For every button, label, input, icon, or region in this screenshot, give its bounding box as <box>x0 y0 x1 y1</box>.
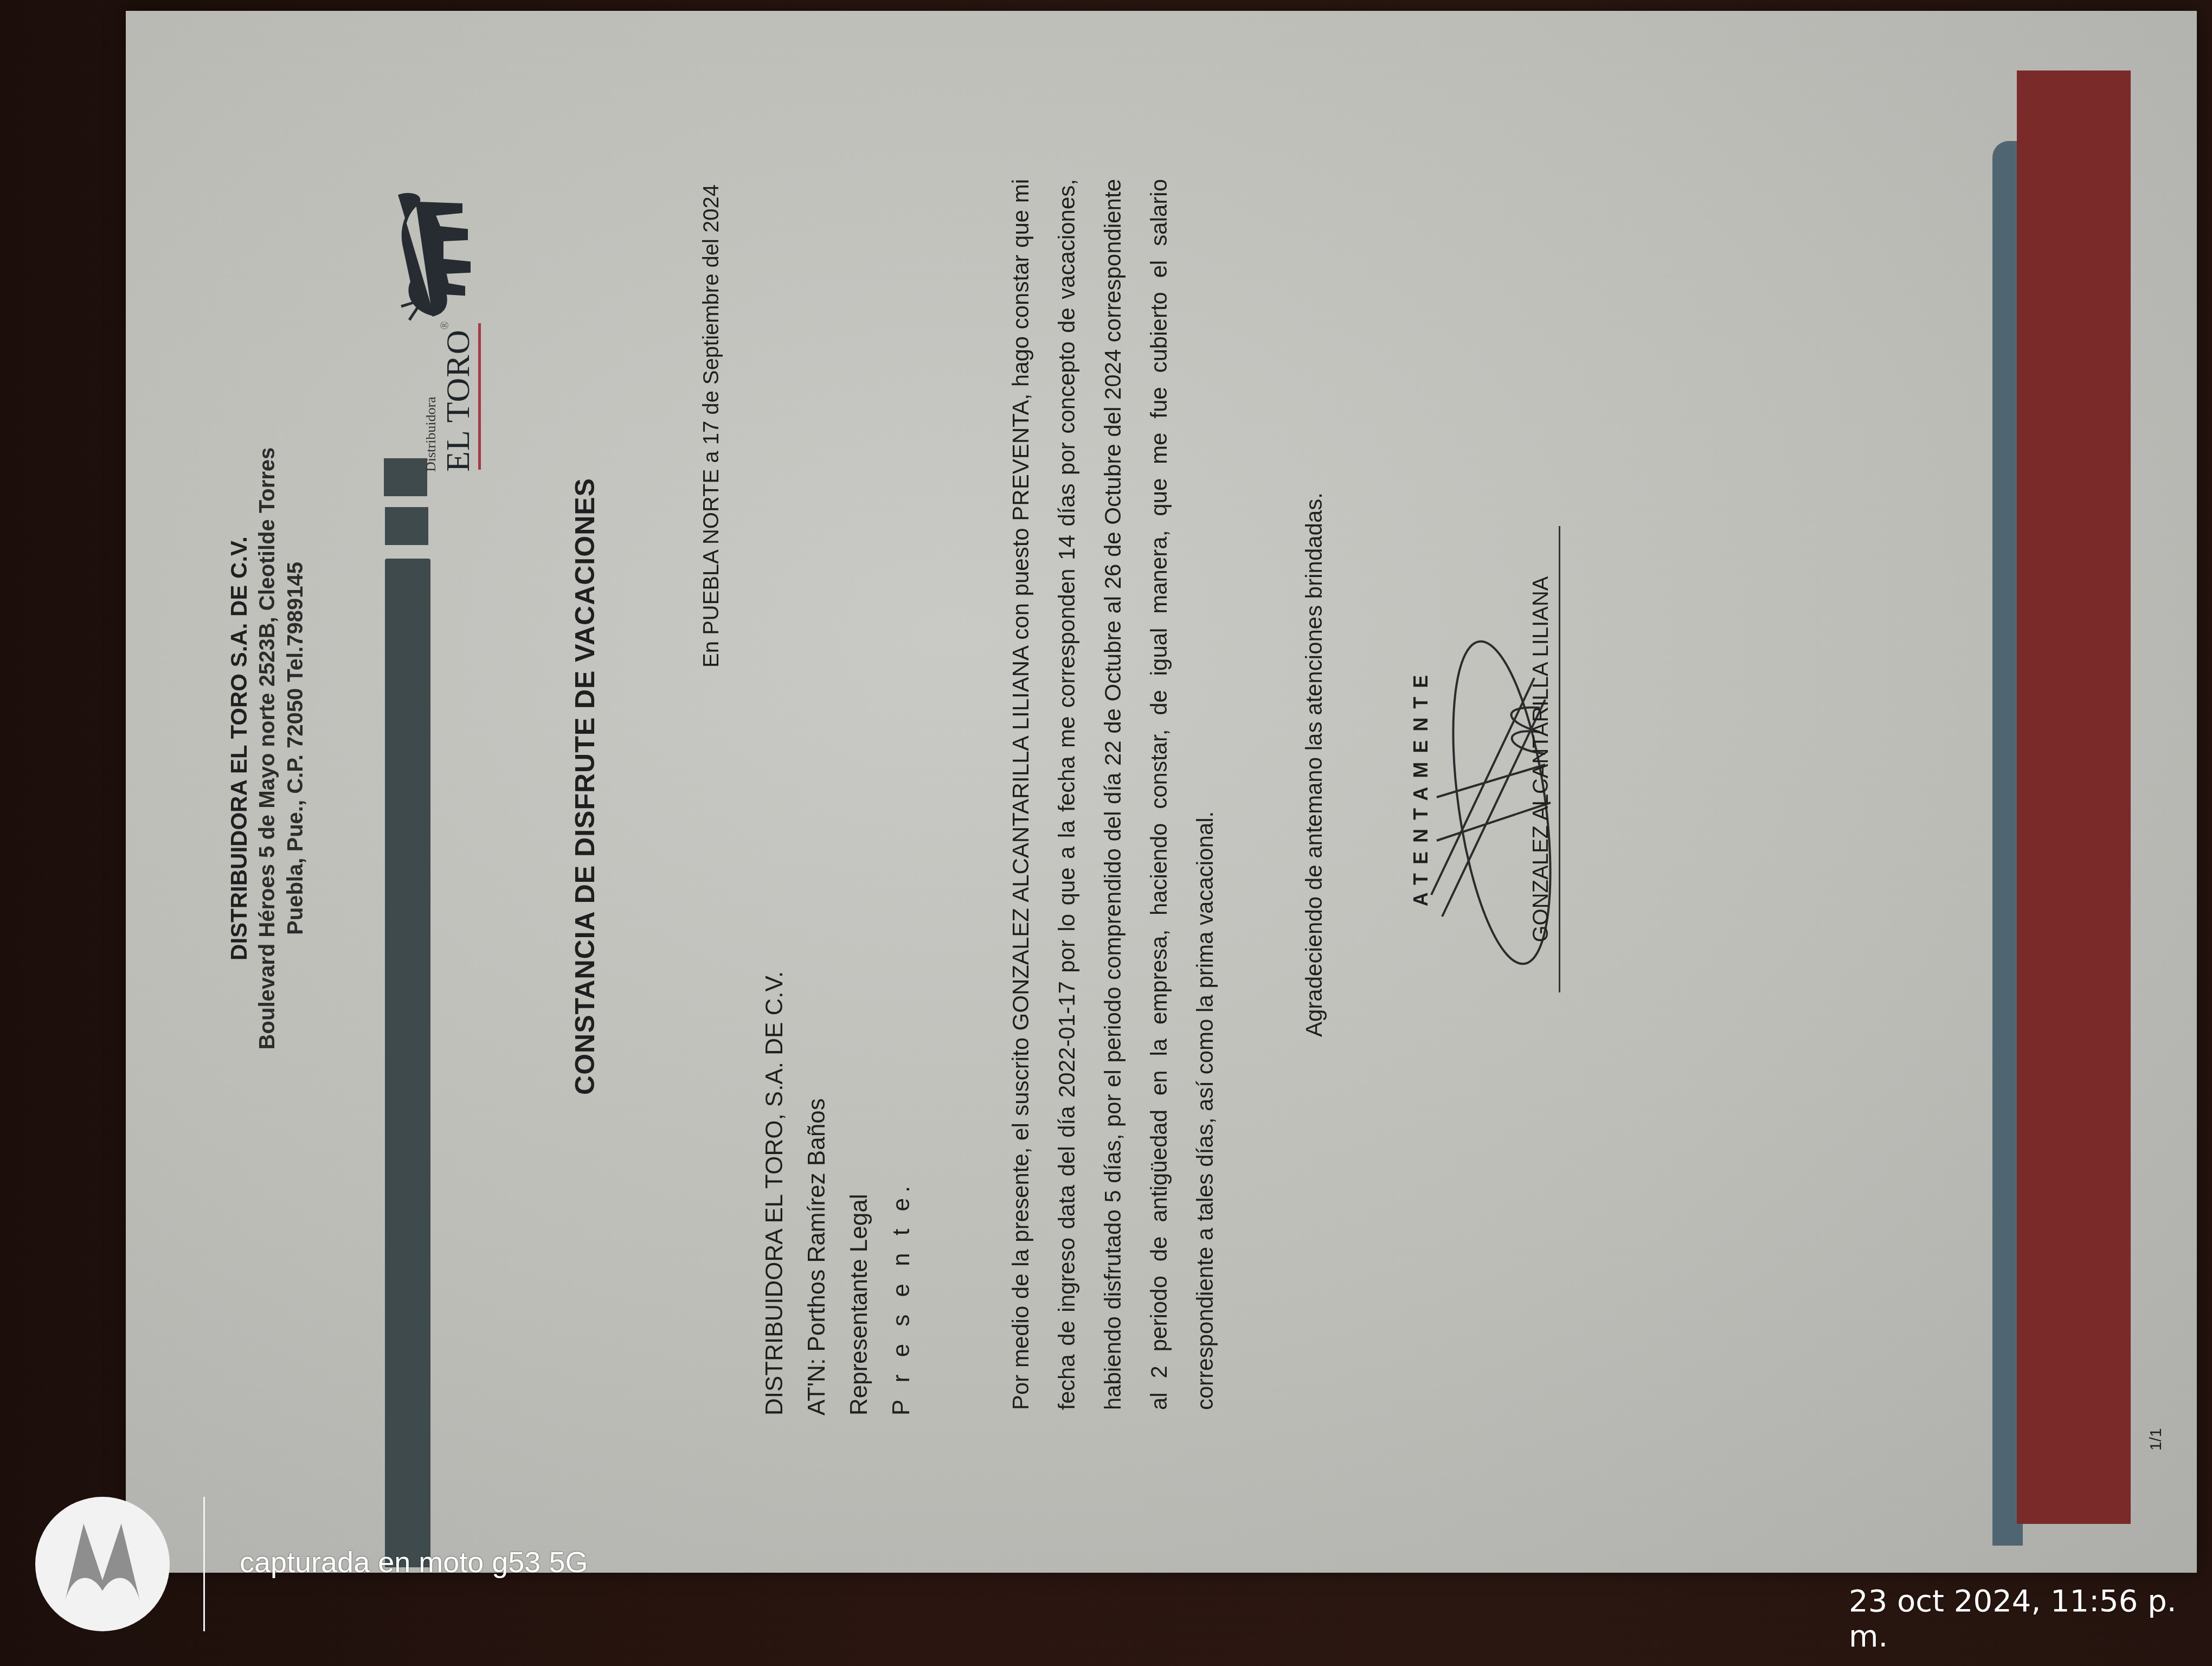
bull-icon <box>352 190 488 325</box>
header-stripe-dark <box>385 559 430 1567</box>
letterhead-address-1: Boulevard Héroes 5 de Mayo norte 2523B, … <box>253 412 281 1085</box>
addressee-block: DISTRIBUIDORA EL TORO, S.A. DE C.V. AT'N… <box>754 971 923 1415</box>
logo-name: EL TORO® <box>439 321 478 472</box>
logo-tagline <box>478 323 481 470</box>
addressee-attention: AT'N: Porthos Ramírez Baños <box>796 971 838 1415</box>
closing-line: Agradeciendo de antemano las atenciones … <box>1301 439 1327 1090</box>
document-title: CONSTANCIA DE DISFRUTE DE VACACIONES <box>569 445 601 1128</box>
addressee-role: Representante Legal <box>838 971 880 1415</box>
photo-timestamp: 23 oct 2024, 11:56 p. m. <box>1849 1584 2212 1654</box>
letterhead-address-2: Puebla, Pue., C.P. 72050 Tel.7989145 <box>281 412 310 1085</box>
signature-line <box>1559 526 1560 992</box>
motorola-logo-icon <box>35 1497 170 1631</box>
page-number: 1/1 <box>2147 1428 2165 1451</box>
footer-stripe-red <box>2017 71 2131 1524</box>
place-and-date: En PUEBLA NORTE a 17 de Septiembre del 2… <box>699 184 724 759</box>
logo-name-text: EL TORO <box>440 330 477 472</box>
watermark-divider <box>203 1497 205 1631</box>
camera-watermark: capturada en moto g53 5G <box>240 1546 588 1579</box>
addressee-company: DISTRIBUIDORA EL TORO, S.A. DE C.V. <box>754 971 796 1415</box>
company-logo: Distribuidora EL TORO® <box>352 190 515 472</box>
addressee-present: P r e s e n t e. <box>880 971 923 1415</box>
document-page: DISTRIBUIDORA EL TORO S.A. DE C.V. Boule… <box>136 54 2174 1573</box>
body-paragraph: Por medio de la presente, el suscrito GO… <box>998 179 1228 1410</box>
letterhead-company: DISTRIBUIDORA EL TORO S.A. DE C.V. <box>225 412 253 1085</box>
letterhead: DISTRIBUIDORA EL TORO S.A. DE C.V. Boule… <box>225 412 310 1085</box>
header-stripe-block <box>385 507 428 545</box>
logo-prefix: Distribuidora <box>423 396 439 472</box>
signatory-name: GONZALEZ ALCANTARILLA LILIANA <box>1529 526 1553 992</box>
